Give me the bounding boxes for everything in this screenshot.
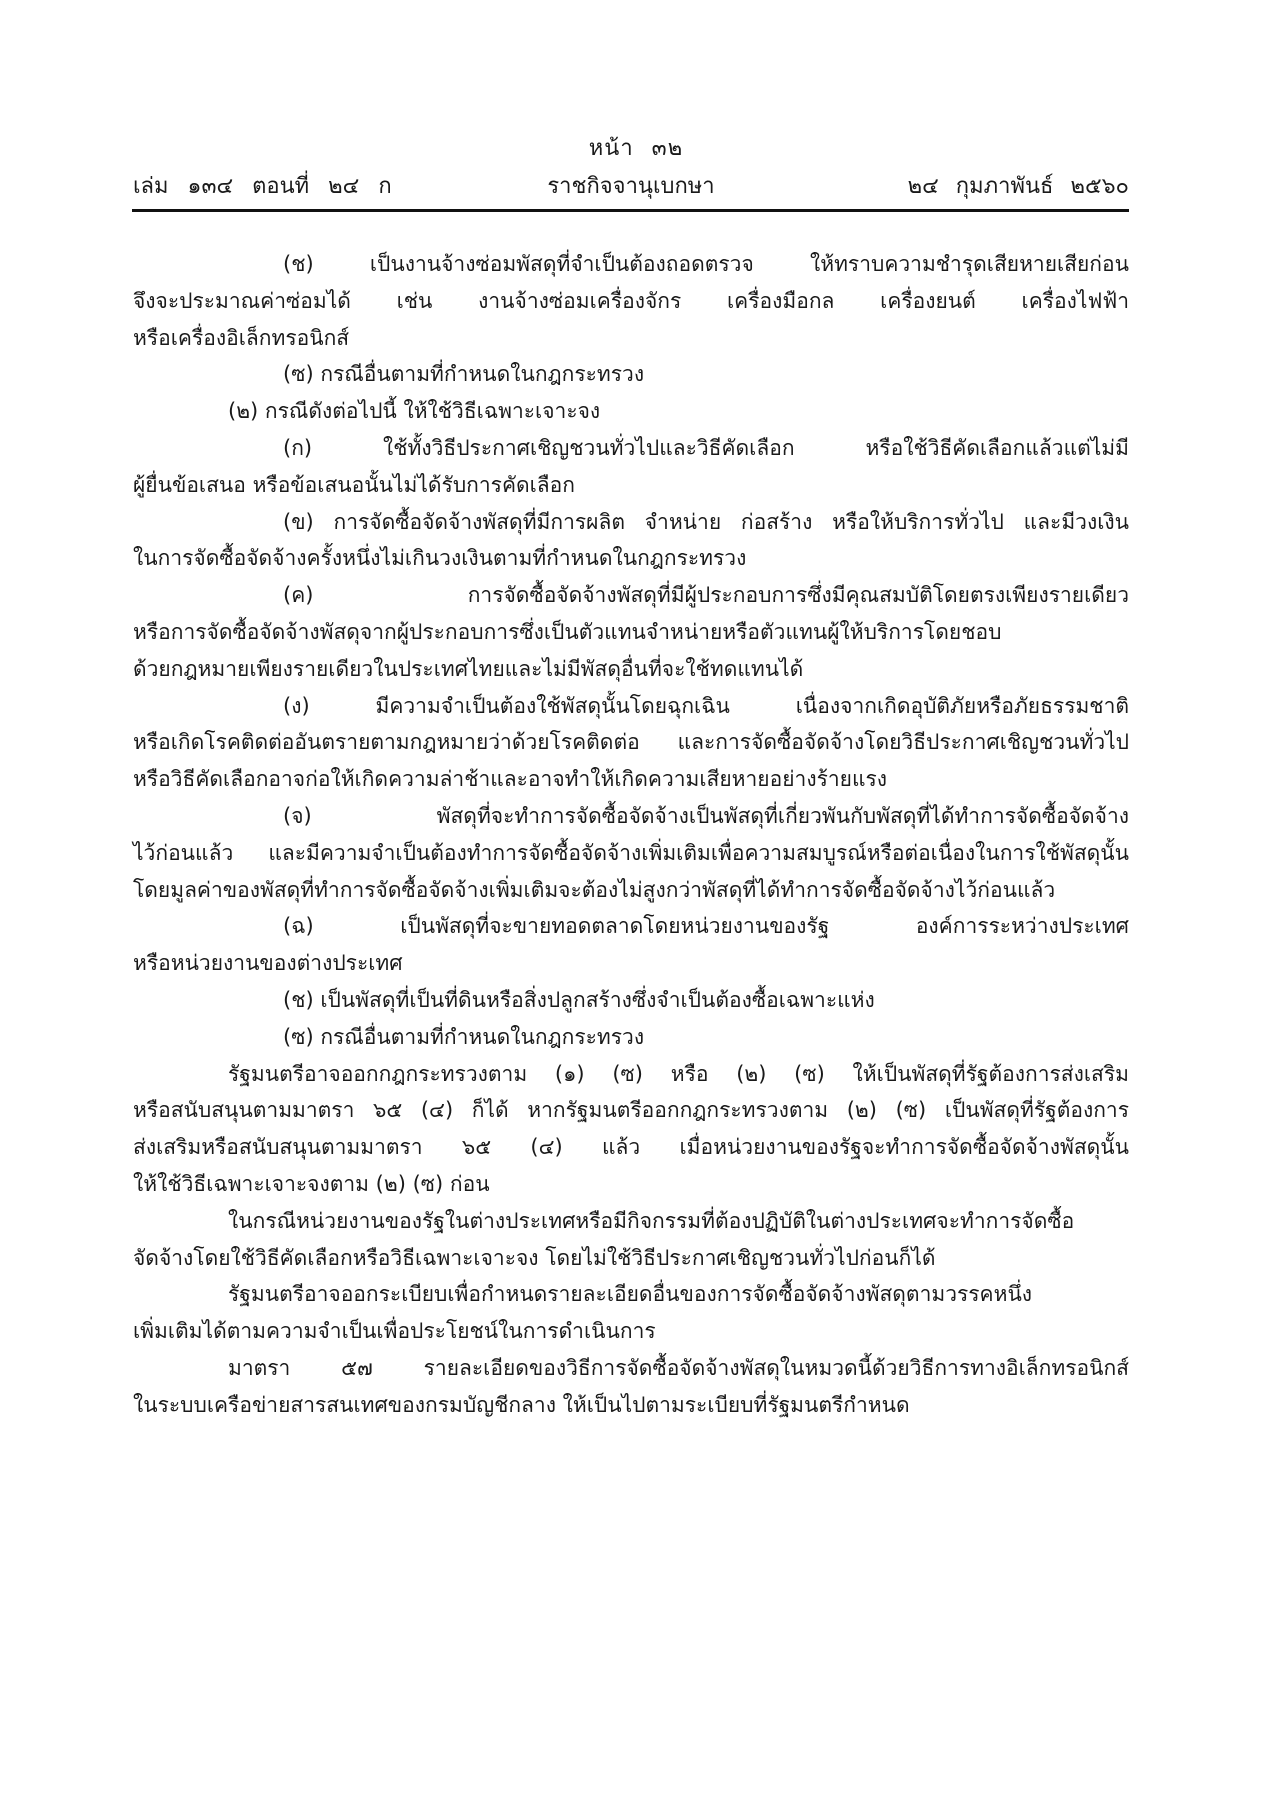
running-header: เล่ม ๑๓๔ ตอนที่ ๒๔ ก ราชกิจจานุเบกษา ๒๔ … <box>133 168 1129 202</box>
text-line: ในกรณีหน่วยงานของรัฐในต่างประเทศหรือมีกิ… <box>133 1203 1129 1240</box>
text-line: (๒) กรณีดังต่อไปนี้ ให้ใช้วิธีเฉพาะเจาะจ… <box>133 393 1129 430</box>
text-line: หรือสนับสนุนตามมาตรา ๖๕ (๔) ก็ได้ หากรัฐ… <box>133 1092 1129 1129</box>
page-number: หน้า ๓๒ <box>0 130 1272 165</box>
text-line: ส่งเสริมหรือสนับสนุนตามมาตรา ๖๕ (๔) แล้ว… <box>133 1129 1129 1166</box>
publication-date: ๒๔ กุมภาพันธ์ ๒๕๖๐ <box>908 168 1129 203</box>
text-line: (ช) เป็นพัสดุที่เป็นที่ดินหรือสิ่งปลูกสร… <box>133 982 1129 1019</box>
text-line: (ซ) กรณีอื่นตามที่กำหนดในกฎกระทรวง <box>133 356 1129 393</box>
text-line: ไว้ก่อนแล้ว และมีความจำเป็นต้องทำการจัดซ… <box>133 835 1129 872</box>
text-line: (ข) การจัดซื้อจัดจ้างพัสดุที่มีการผลิต จ… <box>133 504 1129 541</box>
header-divider <box>132 209 1129 212</box>
text-line: จัดจ้างโดยใช้วิธีคัดเลือกหรือวิธีเฉพาะเจ… <box>133 1240 1129 1277</box>
text-line: ผู้ยื่นข้อเสนอ หรือข้อเสนอนั้นไม่ได้รับก… <box>133 467 1129 504</box>
text-line: (ซ) กรณีอื่นตามที่กำหนดในกฎกระทรวง <box>133 1019 1129 1056</box>
text-line: (ค) การจัดซื้อจัดจ้างพัสดุที่มีผู้ประกอบ… <box>133 577 1129 614</box>
text-line: เพิ่มเติมได้ตามความจำเป็นเพื่อประโยชน์ใน… <box>133 1313 1129 1350</box>
text-line: โดยมูลค่าของพัสดุที่ทำการจัดซื้อจัดจ้างเ… <box>133 872 1129 909</box>
text-line: มาตรา ๕๗ รายละเอียดของวิธีการจัดซื้อจัดจ… <box>133 1350 1129 1387</box>
text-line: ให้ใช้วิธีเฉพาะเจาะจงตาม (๒) (ซ) ก่อน <box>133 1166 1129 1203</box>
text-line: หรือเกิดโรคติดต่ออันตรายตามกฎหมายว่าด้วย… <box>133 724 1129 761</box>
text-line: หรือวิธีคัดเลือกอาจก่อให้เกิดความล่าช้าแ… <box>133 761 1129 798</box>
text-line: (ง) มีความจำเป็นต้องใช้พัสดุนั้นโดยฉุกเฉ… <box>133 688 1129 725</box>
text-line: ในระบบเครือข่ายสารสนเทศของกรมบัญชีกลาง ใ… <box>133 1387 1129 1424</box>
text-line: รัฐมนตรีอาจออกระเบียบเพื่อกำหนดรายละเอีย… <box>133 1276 1129 1313</box>
text-line: จึงจะประมาณค่าซ่อมได้ เช่น งานจ้างซ่อมเค… <box>133 283 1129 320</box>
text-line: หรือการจัดซื้อจัดจ้างพัสดุจากผู้ประกอบกา… <box>133 614 1129 651</box>
text-line: (ก) ใช้ทั้งวิธีประกาศเชิญชวนทั่วไปและวิธ… <box>133 430 1129 467</box>
text-line: หรือเครื่องอิเล็กทรอนิกส์ <box>133 320 1129 357</box>
text-line: หรือหน่วยงานของต่างประเทศ <box>133 945 1129 982</box>
document-page: หน้า ๓๒ เล่ม ๑๓๔ ตอนที่ ๒๔ ก ราชกิจจานุเ… <box>0 0 1272 1800</box>
text-line: (ช) เป็นงานจ้างซ่อมพัสดุที่จำเป็นต้องถอด… <box>133 246 1129 283</box>
document-body: (ช) เป็นงานจ้างซ่อมพัสดุที่จำเป็นต้องถอด… <box>133 246 1129 1424</box>
text-line: รัฐมนตรีอาจออกกฎกระทรวงตาม (๑) (ซ) หรือ … <box>133 1056 1129 1093</box>
text-line: ด้วยกฎหมายเพียงรายเดียวในประเทศไทยและไม่… <box>133 651 1129 688</box>
text-line: (ฉ) เป็นพัสดุที่จะขายทอดตลาดโดยหน่วยงานข… <box>133 908 1129 945</box>
text-line: ในการจัดซื้อจัดจ้างครั้งหนึ่งไม่เกินวงเง… <box>133 540 1129 577</box>
text-line: (จ) พัสดุที่จะทำการจัดซื้อจัดจ้างเป็นพัส… <box>133 798 1129 835</box>
